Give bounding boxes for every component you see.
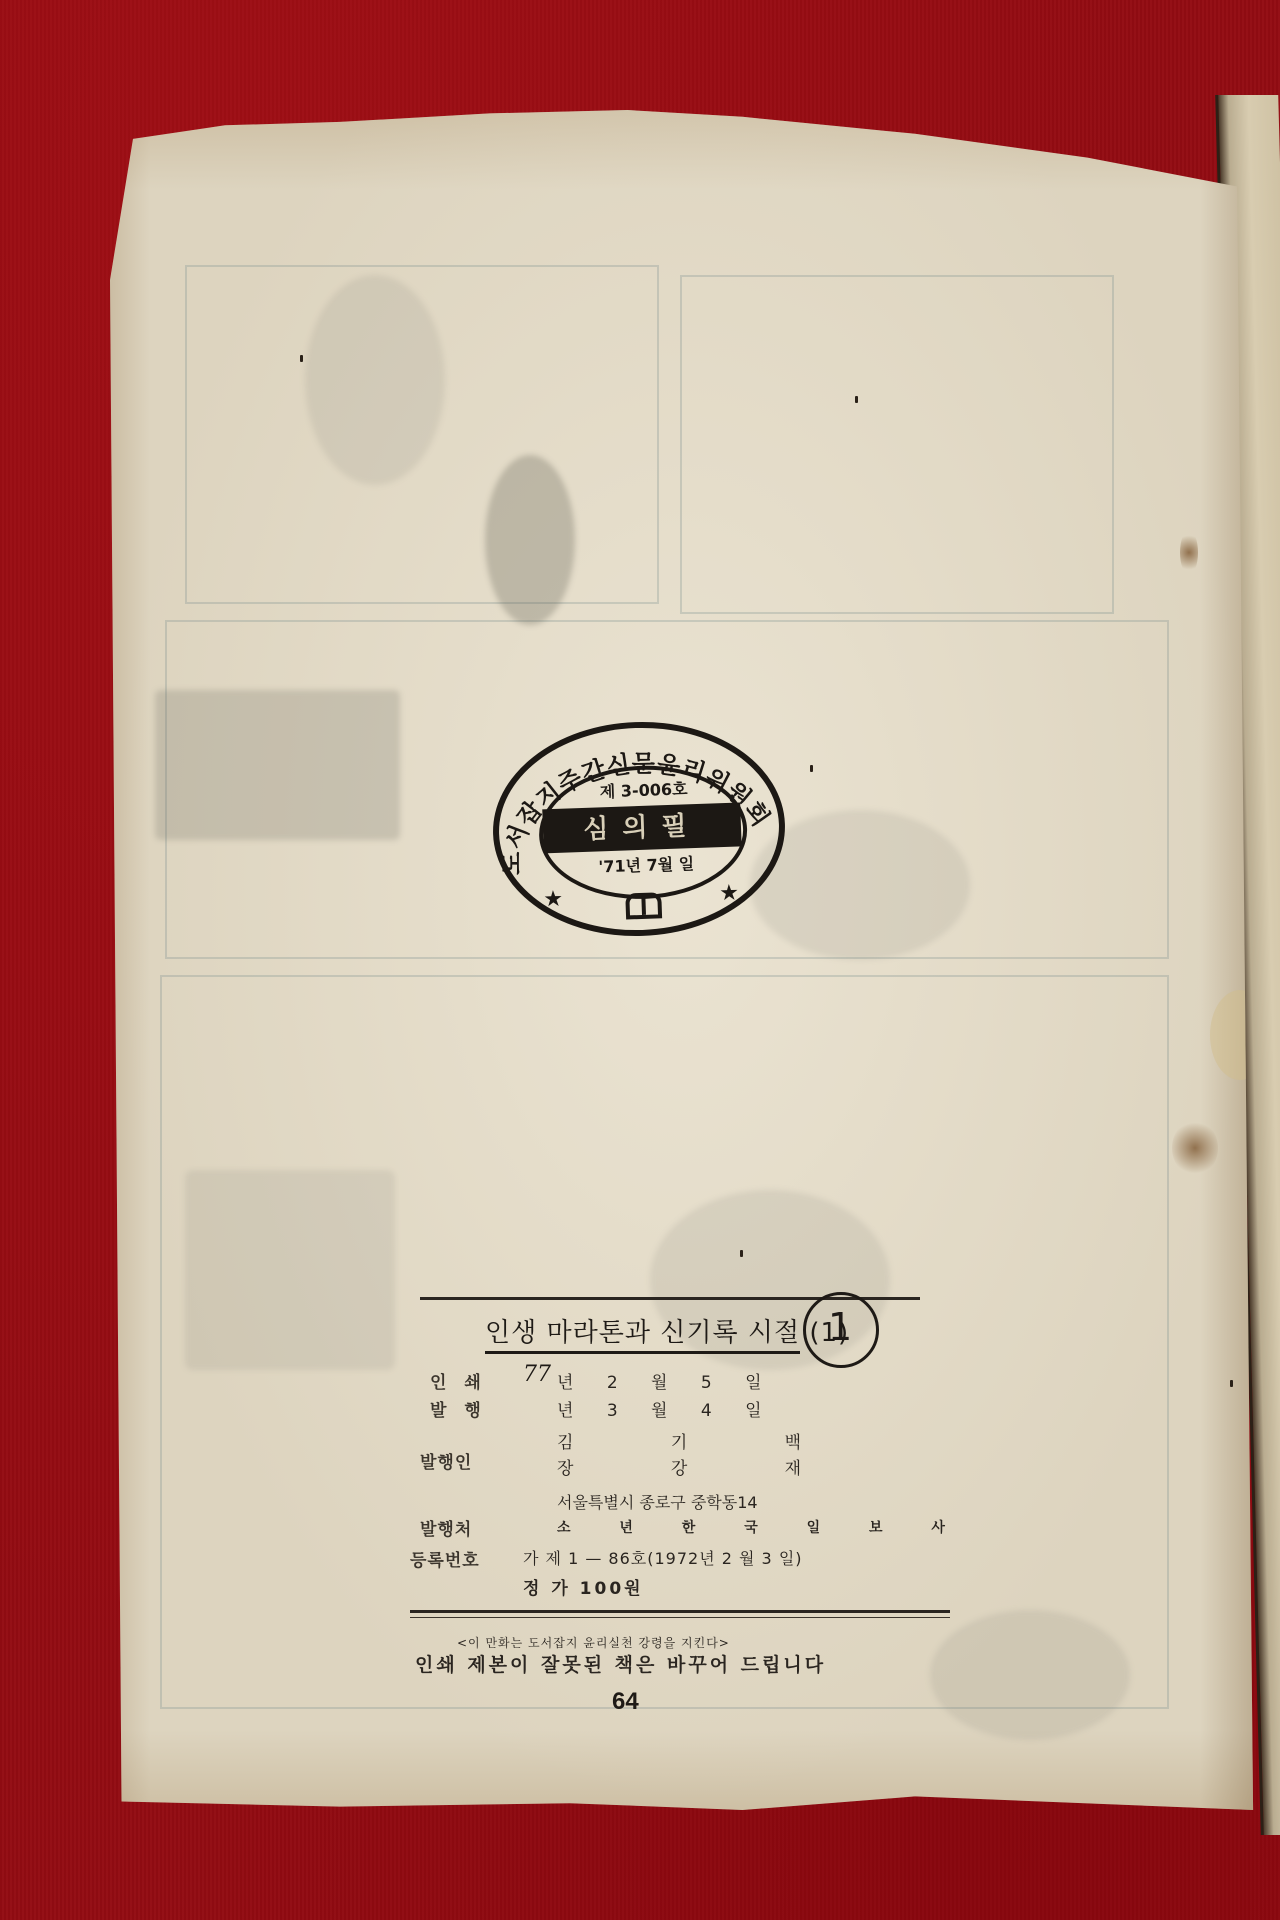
speck — [740, 1250, 743, 1257]
star-icon: ★ — [719, 881, 740, 907]
page-number: 64 — [612, 1688, 639, 1716]
publisher-seal: 1 — [803, 1292, 879, 1368]
book-page: 도서잡지주간신문윤리위원회 제 3-006호 심의필 '71년 7월 일 ★ ★… — [110, 110, 1260, 1810]
speck — [855, 396, 858, 403]
label-publishing-house: 발행처 — [420, 1515, 472, 1540]
open-book-icon — [625, 892, 662, 919]
handwritten-year: 77 — [523, 1362, 551, 1387]
registration-number: 가 제 1 — 86호(1972년 2 월 3 일) — [523, 1546, 803, 1569]
ethics-committee-stamp: 도서잡지주간신문윤리위원회 제 3-006호 심의필 '71년 7월 일 ★ ★ — [489, 717, 788, 941]
speck — [810, 765, 813, 772]
price: 정 가 100원 — [523, 1574, 644, 1599]
label-publication: 발 행 — [430, 1396, 487, 1421]
ghost-figure — [185, 1170, 395, 1370]
book-title: 인생 마라톤과 신기록 시절 (1) — [485, 1312, 800, 1354]
speck — [300, 355, 303, 362]
publisher-address: 서울특별시 종로구 중학동14 — [557, 1490, 758, 1513]
star-icon: ★ — [543, 887, 564, 913]
seal-mark: 1 — [828, 1305, 852, 1349]
rust-stain — [1180, 530, 1198, 575]
colophon-bottom-rule-thin — [410, 1617, 950, 1618]
publisher-name: 장 강 재 — [557, 1454, 847, 1479]
ghost-figure — [485, 455, 575, 625]
label-printing: 인 쇄 — [430, 1368, 487, 1393]
stamp-number: 제 3-006호 — [573, 775, 714, 803]
ghost-figure — [930, 1610, 1130, 1740]
publishing-house: 소 년 한 국 일 보 사 — [557, 1517, 967, 1537]
ghost-figure — [305, 275, 445, 485]
label-registration: 등록번호 — [410, 1546, 480, 1571]
publication-date: 년 3 월 4 일 — [557, 1396, 776, 1421]
speck — [1230, 1380, 1233, 1387]
exchange-notice: 인쇄 제본이 잘못된 책은 바꾸어 드립니다 — [415, 1650, 826, 1677]
publisher-name-handwritten: 김 기 백 — [557, 1428, 847, 1453]
ethics-notice: <이 만화는 도서잡지 윤리실천 강령을 지킨다> — [457, 1634, 730, 1651]
stamp-date: '71년 7월 일 — [576, 850, 717, 878]
label-publisher: 발행인 — [420, 1448, 472, 1473]
rust-stain — [1172, 1120, 1218, 1176]
ghost-panel-top-right — [680, 275, 1114, 614]
printing-date: 년 2 월 5 일 — [557, 1368, 776, 1393]
colophon-bottom-rule — [410, 1610, 950, 1613]
ghost-figure — [155, 690, 400, 840]
stamp-approval-band: 심의필 — [542, 802, 741, 853]
